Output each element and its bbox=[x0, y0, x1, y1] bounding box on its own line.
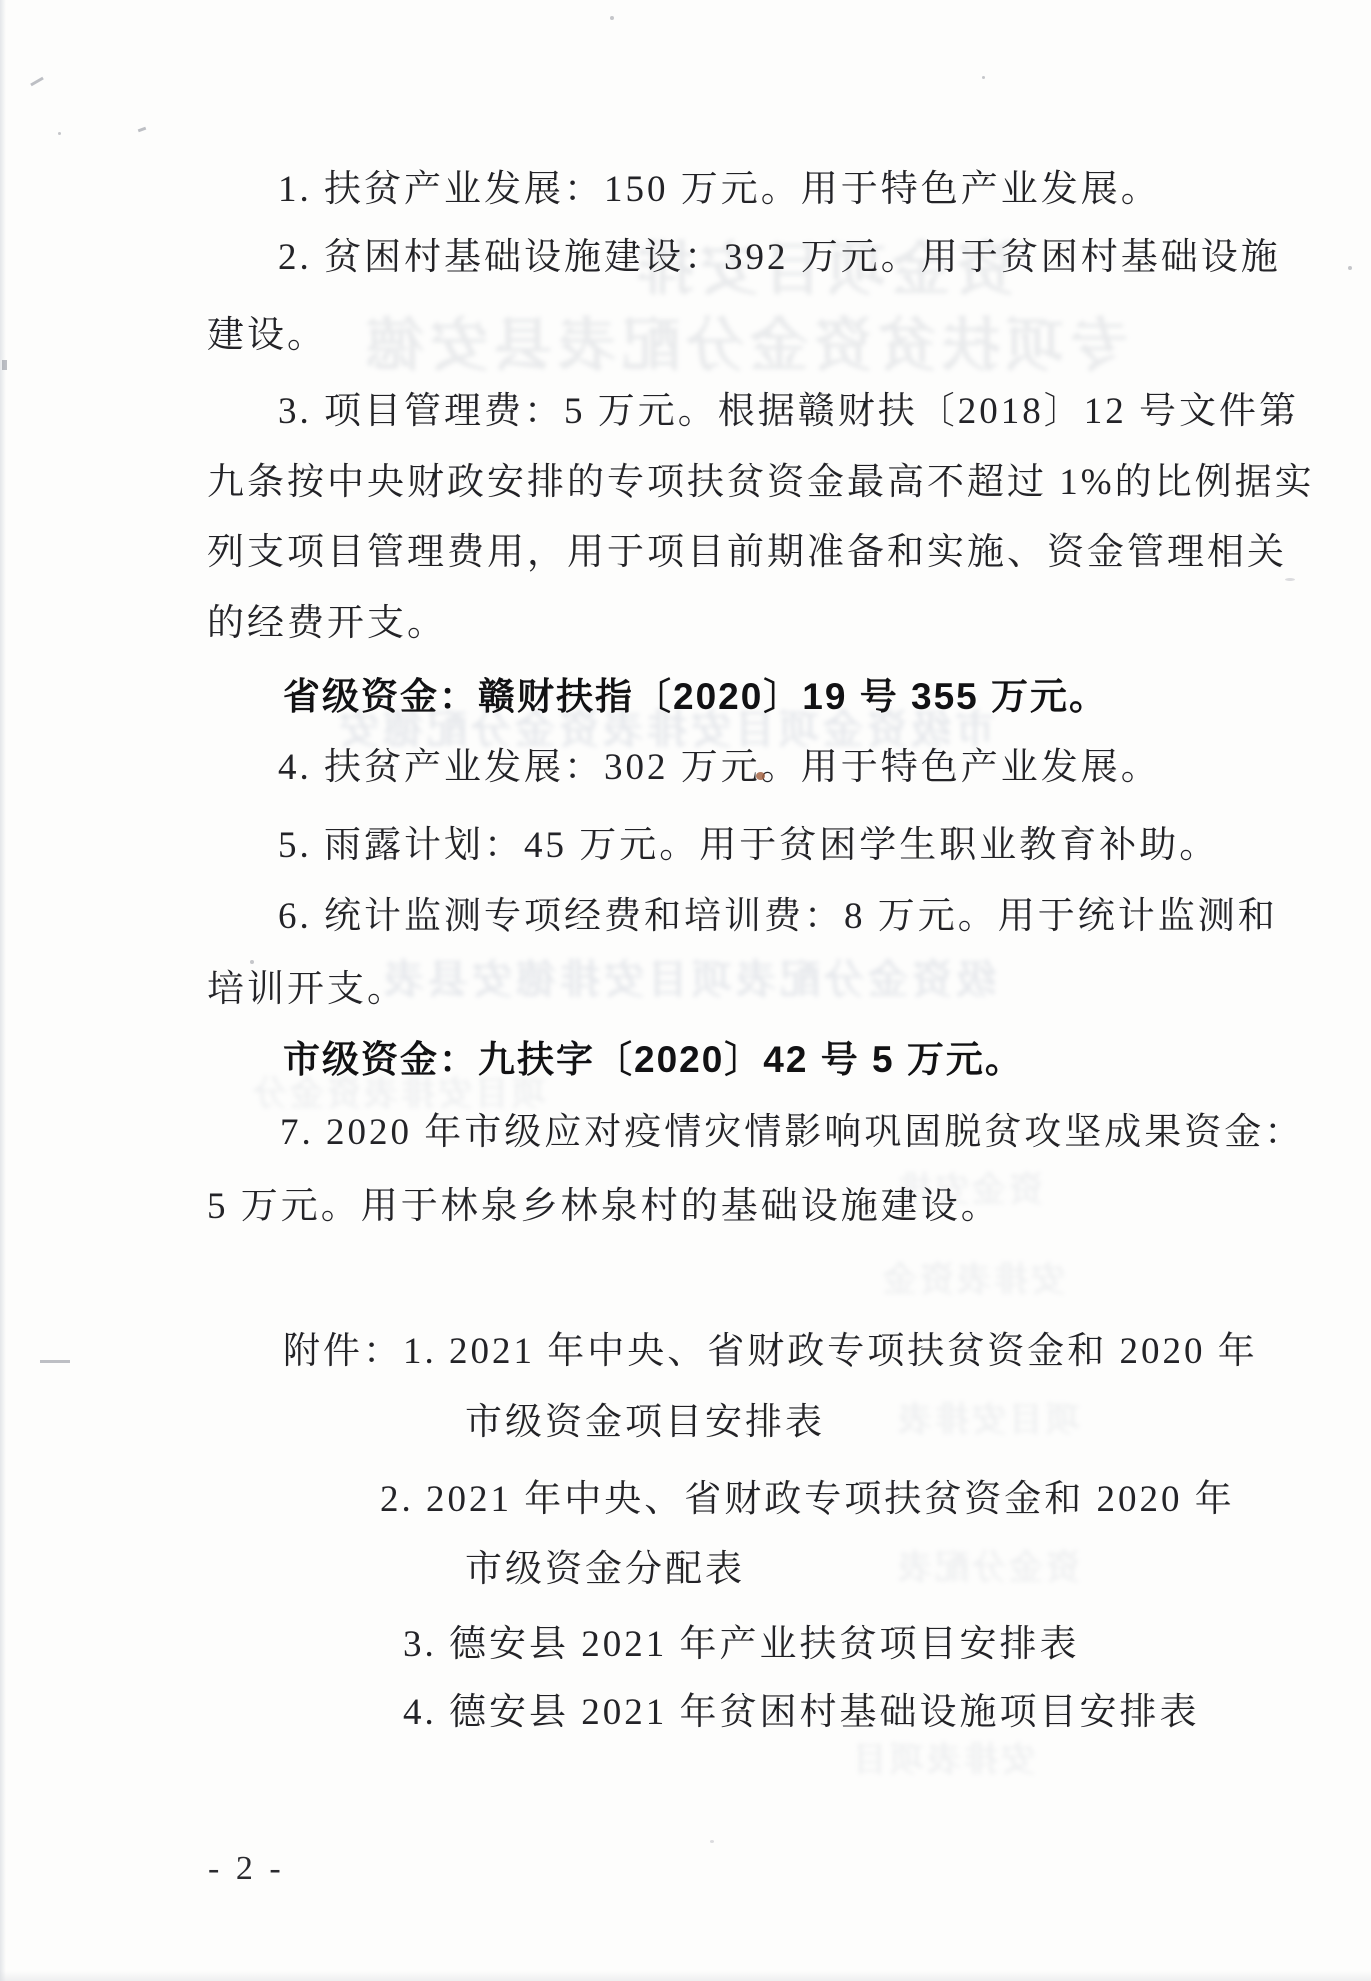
scan-mark bbox=[138, 127, 147, 133]
scan-mark bbox=[40, 1360, 70, 1363]
heading-municipal-funds: 市级资金：九扶字〔2020〕42 号 5 万元。 bbox=[283, 1036, 1024, 1084]
heading-provincial-funds: 省级资金：赣财扶指〔2020〕19 号 355 万元。 bbox=[283, 673, 1108, 721]
body-line-item3: 3. 项目管理费：5 万元。根据赣财扶〔2018〕12 号文件第 bbox=[278, 388, 1299, 436]
attachment-line-3: 3. 德安县 2021 年产业扶贫项目安排表 bbox=[403, 1621, 1080, 1669]
scan-mark bbox=[30, 77, 44, 87]
scan-speck bbox=[58, 132, 61, 135]
scan-left-edge bbox=[0, 0, 6, 1981]
scan-speck bbox=[250, 960, 254, 964]
body-line-item1: 1. 扶贫产业发展：150 万元。用于特色产业发展。 bbox=[278, 166, 1161, 214]
attachment-line-2: 2. 2021 年中央、省财政专项扶贫资金和 2020 年 bbox=[380, 1476, 1235, 1524]
body-line-item7-cont: 5 万元。用于林泉乡林泉村的基础设施建设。 bbox=[207, 1183, 1001, 1231]
body-line-item2-cont: 建设。 bbox=[207, 312, 327, 360]
scan-speck bbox=[1285, 578, 1295, 581]
body-line-item7: 7. 2020 年市级应对疫情灾情影响巩固脱贫攻坚成果资金： bbox=[280, 1109, 1304, 1157]
scan-bottom-edge bbox=[0, 1971, 1371, 1981]
attachment-line-4: 4. 德安县 2021 年贫困村基础设施项目安排表 bbox=[403, 1689, 1200, 1737]
stray-ink-dot bbox=[756, 772, 765, 780]
body-line-item3-cont3: 的经费开支。 bbox=[207, 600, 447, 648]
bleed-through-ghost: 级资金分配表项目安排德安县表 bbox=[380, 948, 996, 1005]
page-number: - 2 - bbox=[208, 1850, 285, 1888]
bleed-through-ghost: 项目安排表 bbox=[895, 1392, 1080, 1441]
body-line-item3-cont1: 九条按中央财政安排的专项扶贫资金最高不超过 1%的比例据实 bbox=[207, 459, 1315, 507]
scanned-document-page: 资金项目安排 专项扶贫资金分配表县安德 市级资金项目安排表资金分配德安 级资金分… bbox=[0, 0, 1371, 1981]
body-line-item3-cont2: 列支项目管理费用，用于项目前期准备和实施、资金管理相关 bbox=[207, 529, 1287, 577]
bleed-through-ghost: 专项扶贫资金分配表县安德 bbox=[360, 298, 1128, 382]
bleed-through-ghost: 资金分配表 bbox=[895, 1540, 1080, 1589]
attachment-line-2-cont: 市级资金分配表 bbox=[465, 1546, 745, 1594]
body-line-item2: 2. 贫困村基础设施建设：392 万元。用于贫困村基础设施 bbox=[278, 234, 1281, 282]
body-line-item5: 5. 雨露计划：45 万元。用于贫困学生职业教育补助。 bbox=[278, 822, 1219, 870]
scan-speck bbox=[1348, 266, 1352, 270]
scan-speck bbox=[610, 16, 614, 20]
body-line-item6: 6. 统计监测专项经费和培训费：8 万元。用于统计监测和 bbox=[278, 893, 1278, 941]
scan-speck bbox=[982, 76, 985, 79]
bleed-through-ghost: 安排表项目 bbox=[850, 1732, 1035, 1781]
attachment-line-1-cont: 市级资金项目安排表 bbox=[465, 1399, 825, 1447]
scan-speck bbox=[710, 1840, 714, 1843]
scan-mark bbox=[2, 360, 7, 370]
bleed-through-ghost: 安排表资金 bbox=[880, 1252, 1065, 1301]
attachment-line-1: 附件：1. 2021 年中央、省财政专项扶贫资金和 2020 年 bbox=[283, 1328, 1258, 1376]
body-line-item4: 4. 扶贫产业发展：302 万元。用于特色产业发展。 bbox=[278, 744, 1161, 792]
body-line-item6-cont: 培训开支。 bbox=[207, 966, 407, 1014]
